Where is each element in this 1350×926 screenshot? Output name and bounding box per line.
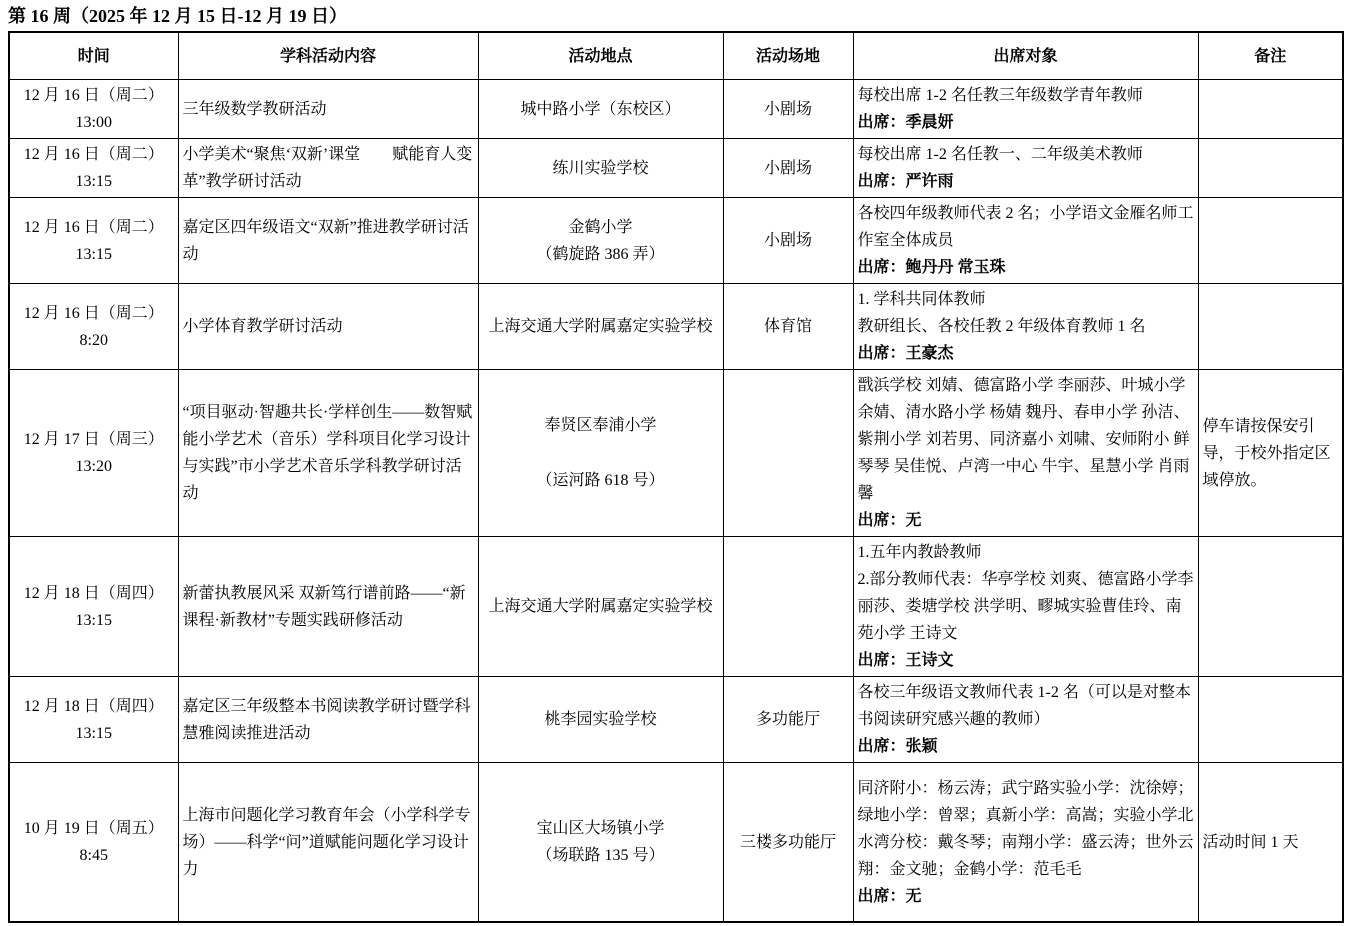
table-row: 12 月 18 日（周四） 13:15 新蕾执教展风采 双新笃行谱前路——“新课… <box>9 537 1343 677</box>
cell-activity: 嘉定区三年级整本书阅读教学研讨暨学科慧雅阅读推进活动 <box>178 677 478 763</box>
attendee-line: 1.五年内教龄教师 <box>858 539 1194 566</box>
cell-venue: 三楼多功能厅 <box>723 763 853 923</box>
cell-remark: 活动时间 1 天 <box>1198 763 1343 923</box>
cell-attendees: 每校出席 1-2 名任教一、二年级美术教师 出席：严许雨 <box>853 139 1198 198</box>
date-line: 12 月 18 日（周四） <box>14 580 174 607</box>
location-line: （运河路 618 号） <box>483 467 719 494</box>
table-row: 12 月 18 日（周四） 13:15 嘉定区三年级整本书阅读教学研讨暨学科慧雅… <box>9 677 1343 763</box>
schedule-page: 第 16 周（2025 年 12 月 15 日-12 月 19 日） 时间 学科… <box>0 0 1350 923</box>
cell-remark <box>1198 537 1343 677</box>
header-venue: 活动场地 <box>723 32 853 80</box>
cell-venue: 小剧场 <box>723 80 853 139</box>
cell-venue <box>723 537 853 677</box>
present-line: 出席：无 <box>858 883 1194 910</box>
cell-activity: 嘉定区四年级语文“双新”推进教学研讨活动 <box>178 198 478 284</box>
cell-time: 12 月 16 日（周二） 8:20 <box>9 284 178 370</box>
date-line: 12 月 18 日（周四） <box>14 693 174 720</box>
present-line: 出席：王豪杰 <box>858 340 1194 367</box>
location-line: 练川实验学校 <box>483 155 719 182</box>
cell-venue: 小剧场 <box>723 139 853 198</box>
cell-location: 金鹤小学 （鹤旋路 386 弄） <box>478 198 723 284</box>
present-line: 出席：王诗文 <box>858 647 1194 674</box>
cell-location: 奉贤区奉浦小学 （运河路 618 号） <box>478 370 723 537</box>
attendee-line: 教研组长、各校任教 2 年级体育教师 1 名 <box>858 313 1194 340</box>
cell-remark: 停车请按保安引导，于校外指定区域停放。 <box>1198 370 1343 537</box>
cell-remark <box>1198 139 1343 198</box>
attendee-line: 各校三年级语文教师代表 1-2 名（可以是对整本书阅读研究感兴趣的教师） <box>858 679 1194 733</box>
cell-remark <box>1198 198 1343 284</box>
attendee-line: 同济附小：杨云涛；武宁路实验小学：沈徐婷；绿地小学：曾翠；真新小学：高嵩；实验小… <box>858 775 1194 883</box>
time-line: 8:20 <box>14 327 174 354</box>
attendee-line: 各校四年级教师代表 2 名；小学语文金雁名师工作室全体成员 <box>858 200 1194 254</box>
present-line: 出席：鲍丹丹 常玉珠 <box>858 254 1194 281</box>
header-attendees: 出席对象 <box>853 32 1198 80</box>
table-row: 12 月 16 日（周二） 8:20 小学体育教学研讨活动 上海交通大学附属嘉定… <box>9 284 1343 370</box>
date-line: 12 月 16 日（周二） <box>14 300 174 327</box>
attendee-line: 2.部分教师代表：华亭学校 刘爽、德富路小学李丽莎、娄塘学校 洪学明、疁城实验曹… <box>858 566 1194 647</box>
cell-activity: “项目驱动·智趣共长·学样创生——数智赋能小学艺术（音乐）学科项目化学习设计与实… <box>178 370 478 537</box>
date-line: 12 月 16 日（周二） <box>14 214 174 241</box>
cell-activity: 上海市问题化学习教育年会（小学科学专场）——科学“问”道赋能问题化学习设计力 <box>178 763 478 923</box>
attendee-line: 戬浜学校 刘婧、德富路小学 李丽莎、叶城小学 余婧、清水路小学 杨婧 魏丹、春申… <box>858 372 1194 507</box>
attendee-line: 每校出席 1-2 名任教一、二年级美术教师 <box>858 141 1194 168</box>
cell-time: 12 月 17 日（周三） 13:20 <box>9 370 178 537</box>
schedule-table: 时间 学科活动内容 活动地点 活动场地 出席对象 备注 12 月 16 日（周二… <box>8 31 1344 923</box>
cell-attendees: 戬浜学校 刘婧、德富路小学 李丽莎、叶城小学 余婧、清水路小学 杨婧 魏丹、春申… <box>853 370 1198 537</box>
header-remark: 备注 <box>1198 32 1343 80</box>
cell-activity: 小学美术“聚焦‘双新’课堂 赋能育人变革”教学研讨活动 <box>178 139 478 198</box>
time-line: 13:00 <box>14 109 174 136</box>
cell-location: 城中路小学（东校区） <box>478 80 723 139</box>
time-line: 13:15 <box>14 720 174 747</box>
location-line: 上海交通大学附属嘉定实验学校 <box>483 313 719 340</box>
cell-location: 上海交通大学附属嘉定实验学校 <box>478 284 723 370</box>
location-line: （场联路 135 号） <box>483 842 719 869</box>
cell-time: 12 月 16 日（周二） 13:00 <box>9 80 178 139</box>
present-line: 出席：张颖 <box>858 733 1194 760</box>
cell-activity: 三年级数学教研活动 <box>178 80 478 139</box>
cell-venue: 体育馆 <box>723 284 853 370</box>
header-activity: 学科活动内容 <box>178 32 478 80</box>
header-location: 活动地点 <box>478 32 723 80</box>
table-row: 12 月 16 日（周二） 13:00 三年级数学教研活动 城中路小学（东校区）… <box>9 80 1343 139</box>
cell-location: 桃李园实验学校 <box>478 677 723 763</box>
header-row: 时间 学科活动内容 活动地点 活动场地 出席对象 备注 <box>9 32 1343 80</box>
cell-attendees: 各校四年级教师代表 2 名；小学语文金雁名师工作室全体成员 出席：鲍丹丹 常玉珠 <box>853 198 1198 284</box>
date-line: 12 月 17 日（周三） <box>14 426 174 453</box>
cell-venue: 小剧场 <box>723 198 853 284</box>
cell-attendees: 1.五年内教龄教师 2.部分教师代表：华亭学校 刘爽、德富路小学李丽莎、娄塘学校… <box>853 537 1198 677</box>
cell-time: 12 月 16 日（周二） 13:15 <box>9 198 178 284</box>
time-line: 13:15 <box>14 168 174 195</box>
date-line: 12 月 16 日（周二） <box>14 82 174 109</box>
cell-time: 12 月 18 日（周四） 13:15 <box>9 537 178 677</box>
table-row: 10 月 19 日（周五） 8:45 上海市问题化学习教育年会（小学科学专场）—… <box>9 763 1343 923</box>
cell-attendees: 同济附小：杨云涛；武宁路实验小学：沈徐婷；绿地小学：曾翠；真新小学：高嵩；实验小… <box>853 763 1198 923</box>
table-row: 12 月 16 日（周二） 13:15 嘉定区四年级语文“双新”推进教学研讨活动… <box>9 198 1343 284</box>
cell-time: 10 月 19 日（周五） 8:45 <box>9 763 178 923</box>
location-line: 宝山区大场镇小学 <box>483 815 719 842</box>
cell-remark <box>1198 677 1343 763</box>
time-line: 13:15 <box>14 607 174 634</box>
cell-remark <box>1198 80 1343 139</box>
cell-remark <box>1198 284 1343 370</box>
date-line: 10 月 19 日（周五） <box>14 815 174 842</box>
cell-location: 上海交通大学附属嘉定实验学校 <box>478 537 723 677</box>
location-line: 奉贤区奉浦小学 <box>483 412 719 439</box>
cell-attendees: 各校三年级语文教师代表 1-2 名（可以是对整本书阅读研究感兴趣的教师） 出席：… <box>853 677 1198 763</box>
cell-attendees: 每校出席 1-2 名任教三年级数学青年教师 出席：季晨妍 <box>853 80 1198 139</box>
present-line: 出席：季晨妍 <box>858 109 1194 136</box>
cell-venue: 多功能厅 <box>723 677 853 763</box>
location-line: 桃李园实验学校 <box>483 706 719 733</box>
location-line: 金鹤小学 <box>483 214 719 241</box>
attendee-line: 每校出席 1-2 名任教三年级数学青年教师 <box>858 82 1194 109</box>
time-line: 13:15 <box>14 241 174 268</box>
date-line: 12 月 16 日（周二） <box>14 141 174 168</box>
header-time: 时间 <box>9 32 178 80</box>
location-line: （鹤旋路 386 弄） <box>483 241 719 268</box>
cell-activity: 新蕾执教展风采 双新笃行谱前路——“新课程·新教材”专题实践研修活动 <box>178 537 478 677</box>
cell-activity: 小学体育教学研讨活动 <box>178 284 478 370</box>
location-line: 城中路小学（东校区） <box>483 96 719 123</box>
cell-time: 12 月 16 日（周二） 13:15 <box>9 139 178 198</box>
week-title: 第 16 周（2025 年 12 月 15 日-12 月 19 日） <box>8 5 1342 27</box>
time-line: 13:20 <box>14 453 174 480</box>
cell-location: 练川实验学校 <box>478 139 723 198</box>
present-line: 出席：无 <box>858 507 1194 534</box>
attendee-line: 1. 学科共同体教师 <box>858 286 1194 313</box>
table-row: 12 月 17 日（周三） 13:20 “项目驱动·智趣共长·学样创生——数智赋… <box>9 370 1343 537</box>
cell-location: 宝山区大场镇小学 （场联路 135 号） <box>478 763 723 923</box>
cell-time: 12 月 18 日（周四） 13:15 <box>9 677 178 763</box>
cell-attendees: 1. 学科共同体教师 教研组长、各校任教 2 年级体育教师 1 名 出席：王豪杰 <box>853 284 1198 370</box>
present-line: 出席：严许雨 <box>858 168 1194 195</box>
cell-venue <box>723 370 853 537</box>
time-line: 8:45 <box>14 842 174 869</box>
table-row: 12 月 16 日（周二） 13:15 小学美术“聚焦‘双新’课堂 赋能育人变革… <box>9 139 1343 198</box>
location-line: 上海交通大学附属嘉定实验学校 <box>483 593 719 620</box>
